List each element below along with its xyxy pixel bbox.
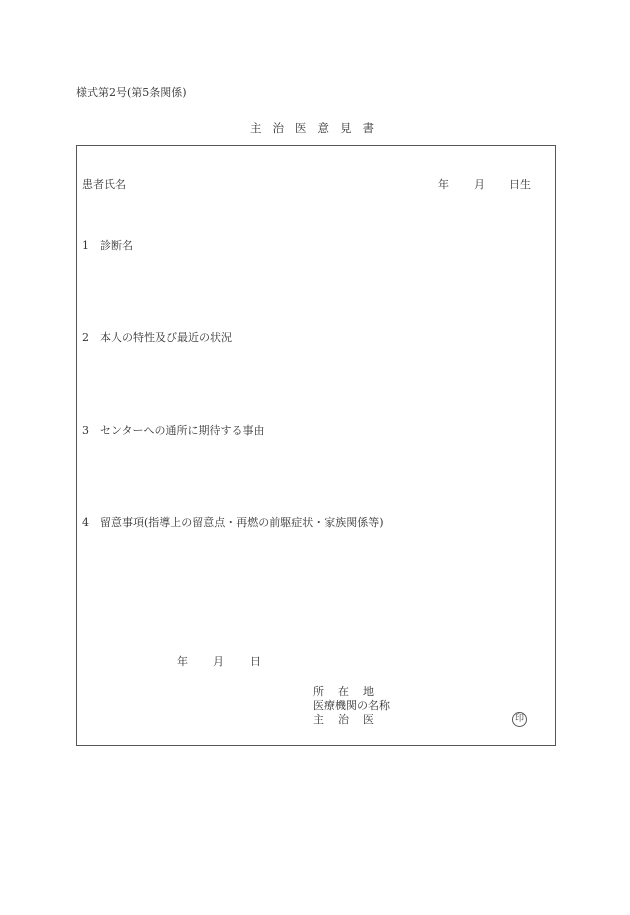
section-diagnosis: 1診断名	[82, 239, 133, 252]
section-number: 3	[82, 424, 100, 437]
section-number: 1	[82, 239, 100, 252]
section-label: 留意事項(指導上の留意点・再燃の前駆症状・家族関係等)	[100, 516, 384, 529]
section-label: 本人の特性及び最近の状況	[100, 331, 232, 344]
birth-day-label: 日生	[509, 178, 531, 191]
date-year-label: 年	[177, 655, 188, 668]
page-title: 主治医意見書	[250, 122, 385, 135]
birth-year-label: 年	[438, 178, 449, 191]
address-label: 所在地	[313, 685, 388, 698]
seal-icon: 印	[512, 712, 527, 727]
section-number: 2	[82, 331, 100, 344]
section-label: 診断名	[100, 239, 133, 252]
form-number: 様式第2号(第5条関係)	[76, 86, 187, 99]
doctor-label: 主治医	[313, 713, 388, 726]
section-label: センターへの通所に期待する事由	[100, 424, 265, 437]
section-expectation: 3センターへの通所に期待する事由	[82, 424, 265, 437]
institution-label: 医療機関の名称	[313, 699, 390, 712]
section-current-status: 2本人の特性及び最近の状況	[82, 331, 232, 344]
date-month-label: 月	[213, 655, 224, 668]
date-day-label: 日	[250, 655, 261, 668]
section-notes: 4留意事項(指導上の留意点・再燃の前駆症状・家族関係等)	[82, 516, 384, 529]
section-number: 4	[82, 516, 100, 529]
form-box	[76, 145, 556, 746]
patient-name-label: 患者氏名	[82, 178, 126, 191]
birth-month-label: 月	[474, 178, 485, 191]
